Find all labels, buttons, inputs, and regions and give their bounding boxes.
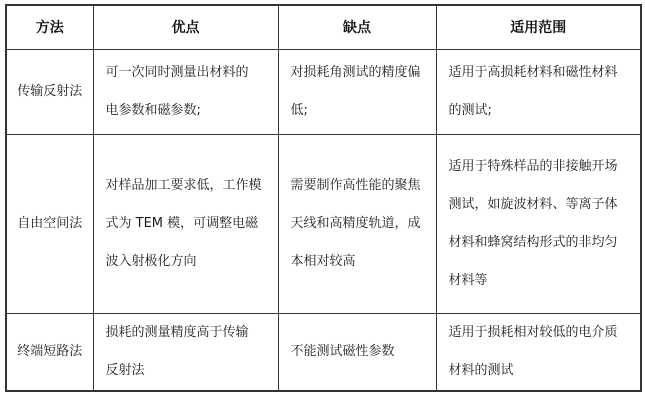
cell-disadvantages: 不能测试磁性参数 — [278, 313, 436, 391]
table-row: 终端短路法 损耗的测量精度高于传输 反射法 不能测试磁性参数 适用于损耗相对较低… — [6, 313, 641, 391]
cell-advantages: 可一次同时测量出材料的 电参数和磁参数; — [93, 49, 278, 134]
cell-disadvantages: 需要制作高性能的聚焦 天线和高精度轨道，成 本相对较高 — [278, 134, 436, 313]
cell-scope: 适用于特殊样品的非接触开场 测试，如旋波材料、等离子体 材料和蜂窝结构形式的非均… — [436, 134, 641, 313]
cell-method: 终端短路法 — [6, 313, 93, 391]
methods-comparison-table: 方法 优点 缺点 适用范围 传输反射法 可一次同时测量出材料的 电参数和磁参数;… — [5, 4, 642, 392]
cell-scope: 适用于高损耗材料和磁性材料 的测试; — [436, 49, 641, 134]
cell-method: 传输反射法 — [6, 49, 93, 134]
header-cell-disadvantages: 缺点 — [278, 5, 436, 49]
cell-advantages: 对样品加工要求低，工作模 式为 TEM 模，可调整电磁 波入射极化方向 — [93, 134, 278, 313]
cell-advantages: 损耗的测量精度高于传输 反射法 — [93, 313, 278, 391]
cell-scope: 适用于损耗相对较低的电介质 材料的测试 — [436, 313, 641, 391]
header-cell-method: 方法 — [6, 5, 93, 49]
table-row: 传输反射法 可一次同时测量出材料的 电参数和磁参数; 对损耗角测试的精度偏 低;… — [6, 49, 641, 134]
cell-disadvantages: 对损耗角测试的精度偏 低; — [278, 49, 436, 134]
table-row: 自由空间法 对样品加工要求低，工作模 式为 TEM 模，可调整电磁 波入射极化方… — [6, 134, 641, 313]
table-header-row: 方法 优点 缺点 适用范围 — [6, 5, 641, 49]
header-cell-advantages: 优点 — [93, 5, 278, 49]
header-cell-scope: 适用范围 — [436, 5, 641, 49]
cell-method: 自由空间法 — [6, 134, 93, 313]
document-page: 方法 优点 缺点 适用范围 传输反射法 可一次同时测量出材料的 电参数和磁参数;… — [0, 0, 645, 394]
